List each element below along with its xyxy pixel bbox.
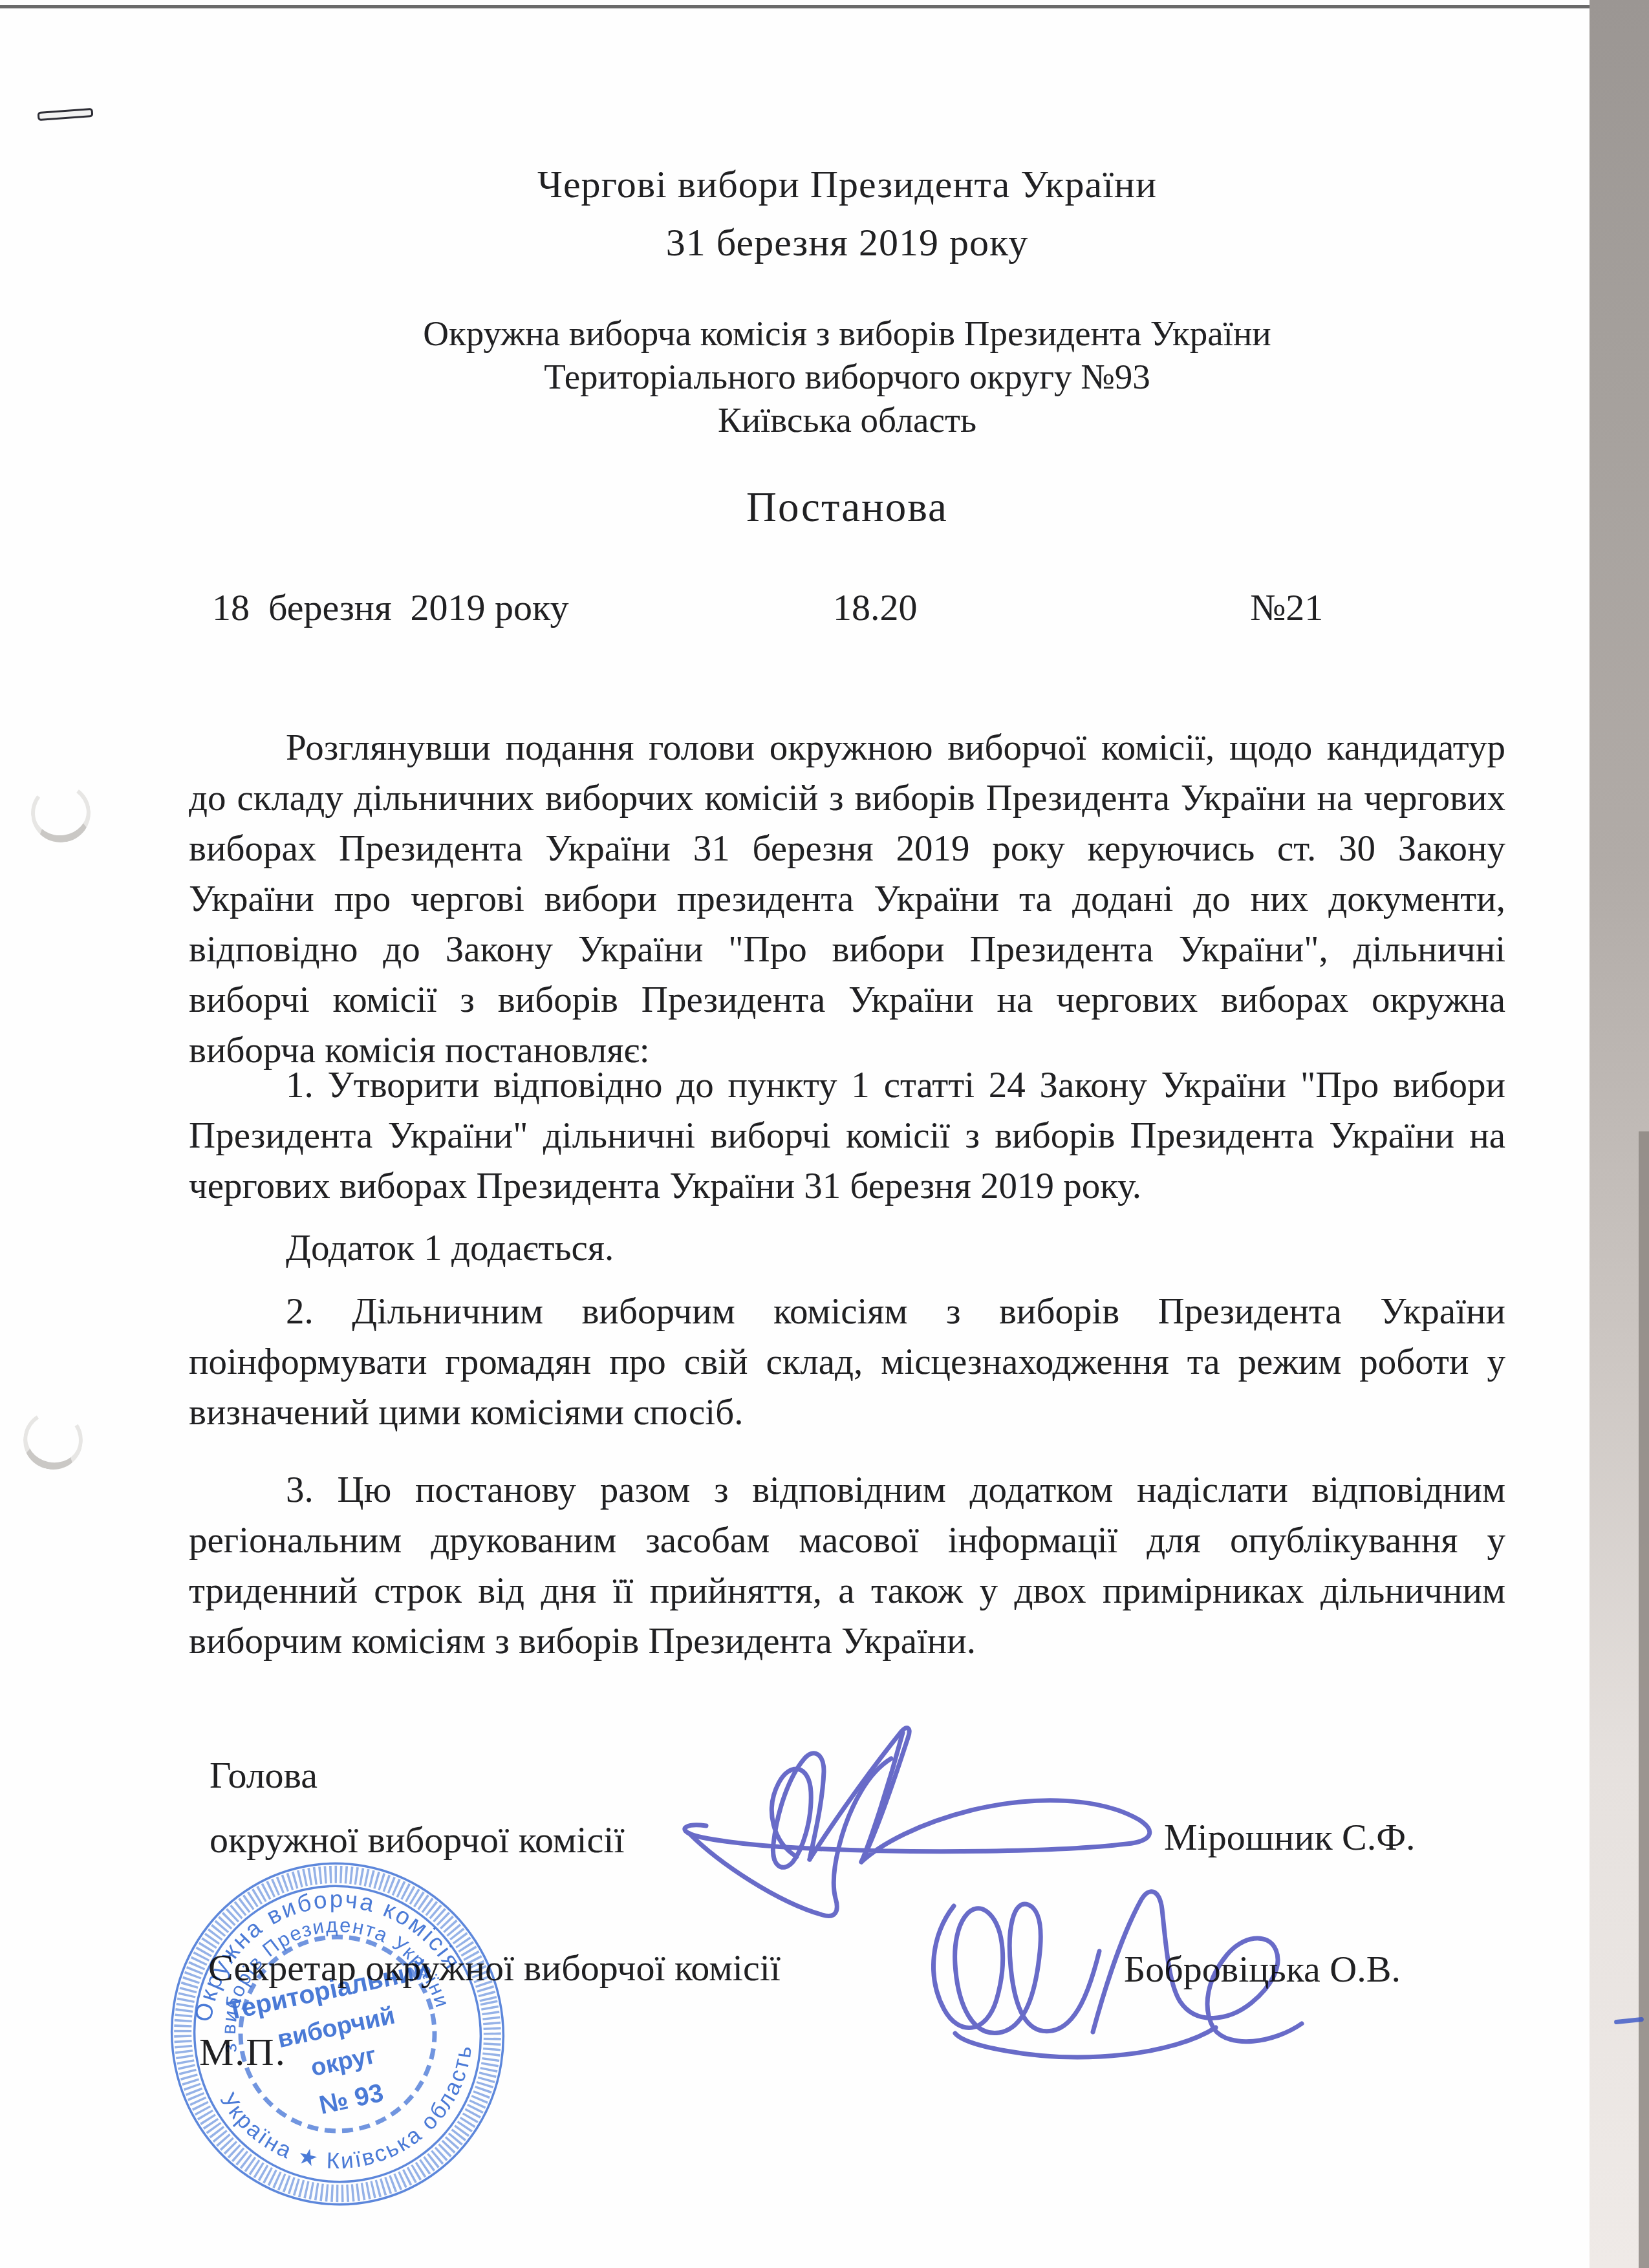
chair-role-line2: окружної виборчої комісії bbox=[210, 1818, 625, 1861]
paragraph-intro: Розглянувши подання голови окружною вибо… bbox=[189, 723, 1505, 1076]
paragraph-item1-appendix: Додаток 1 додається. bbox=[286, 1227, 614, 1269]
document-date: 18 березня 2019 року bbox=[212, 586, 568, 629]
chair-role-line1: Голова bbox=[210, 1753, 318, 1797]
commission-line2: Територіального виборчого округу №93 bbox=[45, 355, 1649, 398]
scanner-background-edge bbox=[1639, 1131, 1649, 2268]
punch-hole-shadow bbox=[18, 1405, 89, 1475]
staple-mark bbox=[38, 108, 94, 121]
document-title: Постанова bbox=[0, 484, 1649, 532]
stamp-center-line3: округ bbox=[308, 2042, 378, 2082]
chair-name: Мірошник С.Ф. bbox=[1164, 1815, 1416, 1859]
commission-round-stamp: Окружна виборча комісія з виборів Презид… bbox=[163, 1857, 512, 2211]
election-title-line1: Чергові вибори Президента України bbox=[45, 155, 1649, 213]
paragraph-item2: 2. Дільничним виборчим комісіям з виборі… bbox=[189, 1287, 1505, 1438]
commission-line3: Київська область bbox=[45, 398, 1649, 442]
stamp-center-line4: № 93 bbox=[317, 2079, 386, 2120]
scanned-document-page: Чергові вибори Президента України 31 бер… bbox=[0, 0, 1649, 2268]
commission-header: Окружна виборча комісія з виборів Презид… bbox=[0, 312, 1649, 442]
punch-hole-shadow bbox=[27, 780, 94, 846]
paragraph-item1: 1. Утворити відповідно до пункту 1 статт… bbox=[189, 1060, 1505, 1212]
document-number: №21 bbox=[1250, 586, 1323, 629]
secretary-signature-ink bbox=[870, 1874, 1348, 2087]
document-time: 18.20 bbox=[833, 586, 918, 629]
commission-line1: Окружна виборча комісія з виборів Презид… bbox=[45, 312, 1649, 355]
paragraph-item3: 3. Цю постанову разом з відповідним дода… bbox=[189, 1465, 1505, 1667]
election-title-line2: 31 березня 2019 року bbox=[45, 213, 1649, 272]
scan-edge-line bbox=[0, 5, 1596, 8]
election-title: Чергові вибори Президента України 31 бер… bbox=[0, 155, 1649, 272]
